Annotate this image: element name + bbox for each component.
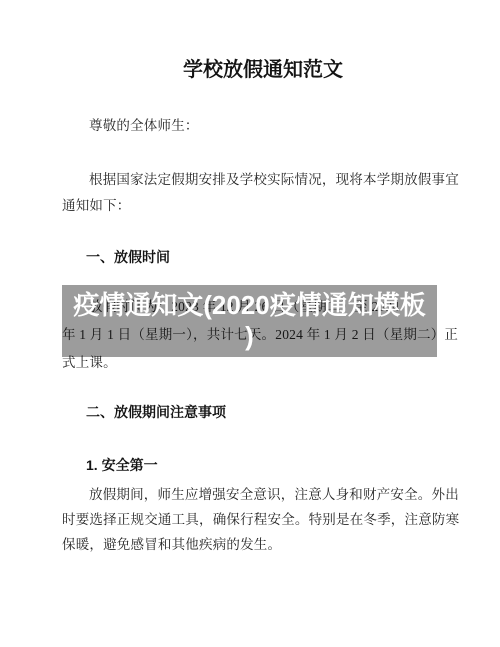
safety-paragraph: 放假期间，师生应增强安全意识，注意人身和财产安全。外出 时要选择正规交通工具，确… (62, 482, 437, 557)
paragraph-line: 根据国家法定假期安排及学校实际情况，现将本学期放假事宜 (62, 167, 437, 193)
paragraph-line: 通知如下： (62, 193, 437, 219)
salutation-text: 尊敬的全体师生： (62, 113, 437, 139)
paragraph-line: 放假期间，师生应增强安全意识，注意人身和财产安全。外出 (62, 482, 437, 507)
watermark-text-line1: 疫情通知文(2020疫情通知模板 (73, 290, 426, 321)
paragraph-line: 时要选择正规交通工具，确保行程安全。特别是在冬季，注意防寒 (62, 507, 437, 532)
intro-paragraph: 根据国家法定假期安排及学校实际情况，现将本学期放假事宜 通知如下： (62, 167, 437, 219)
watermark-text-line2: ) (245, 321, 254, 352)
subheading-safety-first: 1. 安全第一 (62, 454, 437, 476)
salutation: 尊敬的全体师生： (62, 113, 437, 139)
document-title: 学校放假通知范文 (89, 57, 437, 83)
section-heading-precautions: 二、放假期间注意事项 (62, 401, 437, 423)
watermark-banner: 疫情通知文(2020疫情通知模板 ) (62, 285, 437, 357)
section-heading-holiday-time: 一、放假时间 (62, 246, 437, 268)
notice-document-page: 学校放假通知范文 尊敬的全体师生： 根据国家法定假期安排及学校实际情况，现将本学… (0, 0, 500, 647)
paragraph-line: 保暖，避免感冒和其他疾病的发生。 (62, 532, 437, 557)
